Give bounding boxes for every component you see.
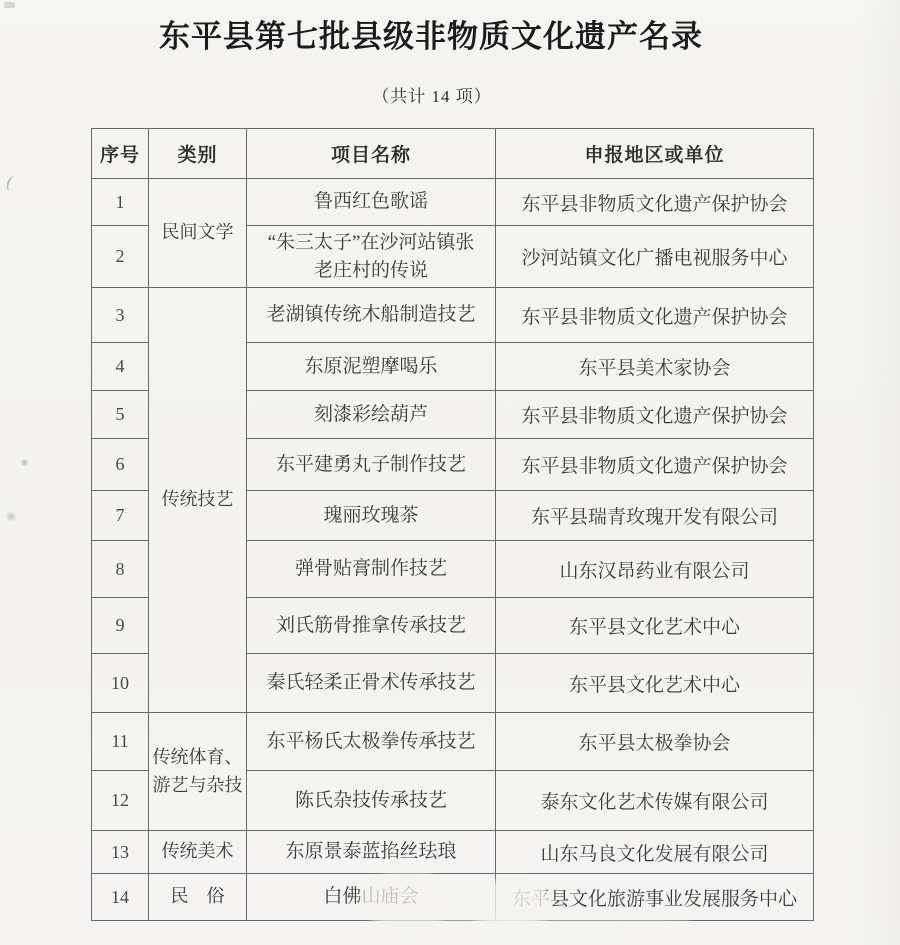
serial-number: 12 <box>92 771 149 831</box>
project-name: 刘氏筋骨推拿传承技艺 <box>247 598 496 654</box>
declaring-unit: 东平县文化艺术中心 <box>496 654 814 713</box>
page-title: 东平县第七批县级非物质文化遗产名录 <box>0 11 862 56</box>
table-row: 14 民 俗 白佛山庙会 东平县文化旅游事业发展服务中心 <box>92 874 814 921</box>
scan-speck <box>20 458 29 467</box>
project-name: 陈氏杂技传承技艺 <box>247 771 496 831</box>
page-subtitle: （共计 14 项） <box>0 82 864 107</box>
declaring-unit: 东平县瑞青玫瑰开发有限公司 <box>496 491 814 541</box>
project-name: 白佛山庙会 <box>247 874 496 921</box>
header-project-name: 项目名称 <box>247 129 496 179</box>
project-name: “朱三太子”在沙河站镇张 老庄村的传说 <box>247 226 496 288</box>
project-name: 老湖镇传统木船制造技艺 <box>247 288 496 343</box>
serial-number: 5 <box>92 391 149 439</box>
header-serial-number: 序号 <box>92 129 149 179</box>
serial-number: 9 <box>92 598 149 654</box>
table-row: 1 民间文学 鲁西红色歌谣 东平县非物质文化遗产保护协会 <box>92 179 814 226</box>
project-name: 鲁西红色歌谣 <box>247 179 496 226</box>
serial-number: 7 <box>92 491 149 541</box>
category-traditional-craft: 传统技艺 <box>149 288 247 713</box>
header-category: 类别 <box>149 129 247 179</box>
declaring-unit: 东平县非物质文化遗产保护协会 <box>496 439 814 491</box>
category-folk-custom: 民 俗 <box>149 874 247 921</box>
category-traditional-art: 传统美术 <box>149 831 247 874</box>
table-row: 11 传统体育、 游艺与杂技 东平杨氏太极拳传承技艺 东平县太极拳协会 <box>92 713 814 771</box>
project-name: 秦氏轻柔正骨术传承技艺 <box>247 654 496 713</box>
scan-speck <box>4 2 15 8</box>
category-sports-games-acrobatics: 传统体育、 游艺与杂技 <box>149 713 247 831</box>
project-name: 刻漆彩绘葫芦 <box>247 391 496 439</box>
scan-speck <box>5 511 17 522</box>
serial-number: 3 <box>92 288 149 343</box>
table-header-row: 序号 类别 项目名称 申报地区或单位 <box>92 129 814 179</box>
declaring-unit: 东平县非物质文化遗产保护协会 <box>496 391 814 439</box>
serial-number: 10 <box>92 654 149 713</box>
declaring-unit: 泰东文化艺术传媒有限公司 <box>496 771 814 831</box>
serial-number: 11 <box>92 713 149 771</box>
serial-number: 6 <box>92 439 149 491</box>
project-name: 东平建勇丸子制作技艺 <box>247 439 496 491</box>
project-name: 东原泥塑摩喝乐 <box>247 343 496 391</box>
serial-number: 1 <box>92 179 149 226</box>
serial-number: 2 <box>92 226 149 288</box>
serial-number: 8 <box>92 541 149 598</box>
scan-shading <box>860 0 900 945</box>
declaring-unit: 山东马良文化发展有限公司 <box>496 831 814 874</box>
header-declaring-unit: 申报地区或单位 <box>496 129 814 179</box>
declaring-unit: 东平县非物质文化遗产保护协会 <box>496 179 814 226</box>
project-name: 东平杨氏太极拳传承技艺 <box>247 713 496 771</box>
table-row: 13 传统美术 东原景泰蓝掐丝珐琅 山东马良文化发展有限公司 <box>92 831 814 874</box>
category-folk-literature: 民间文学 <box>149 179 247 288</box>
serial-number: 14 <box>92 874 149 921</box>
table-row: 3 传统技艺 老湖镇传统木船制造技艺 东平县非物质文化遗产保护协会 <box>92 288 814 343</box>
declaring-unit: 东平县美术家协会 <box>496 343 814 391</box>
scan-speck <box>5 175 20 194</box>
declaring-unit: 东平县文化艺术中心 <box>496 598 814 654</box>
serial-number: 13 <box>92 831 149 874</box>
declaring-unit: 东平县太极拳协会 <box>496 713 814 771</box>
scanned-document-page: { "page": { "title": "东平县第七批县级非物质文化遗产名录"… <box>0 0 900 945</box>
declaring-unit: 沙河站镇文化广播电视服务中心 <box>496 226 814 288</box>
declaring-unit: 东平县文化旅游事业发展服务中心 <box>496 874 814 921</box>
project-name: 弹骨贴膏制作技艺 <box>247 541 496 598</box>
declaring-unit: 山东汉昂药业有限公司 <box>496 541 814 598</box>
project-name: 东原景泰蓝掐丝珐琅 <box>247 831 496 874</box>
declaring-unit: 东平县非物质文化遗产保护协会 <box>496 288 814 343</box>
heritage-list-table: 序号 类别 项目名称 申报地区或单位 1 民间文学 鲁西红色歌谣 东平县非物质文… <box>91 128 814 921</box>
serial-number: 4 <box>92 343 149 391</box>
project-name: 瑰丽玫瑰茶 <box>247 491 496 541</box>
